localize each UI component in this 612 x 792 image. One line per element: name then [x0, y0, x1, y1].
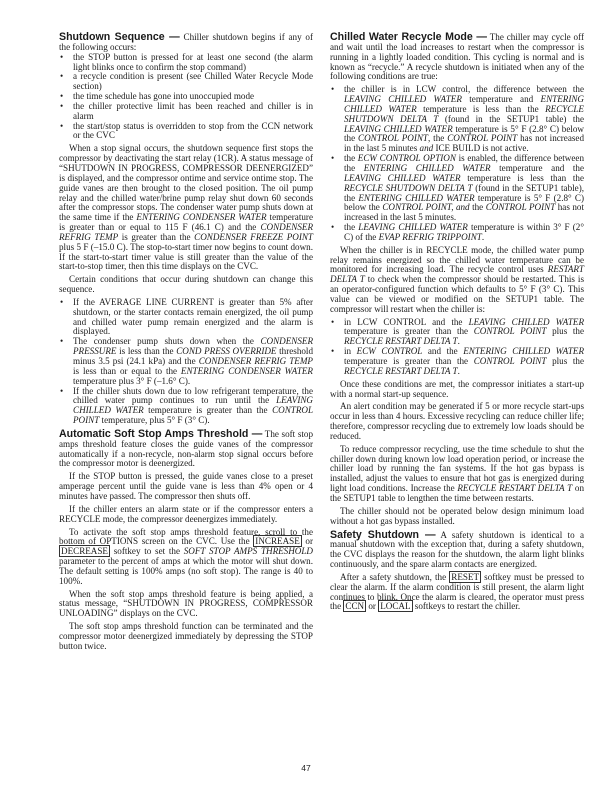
list-item: in ECW CONTROL and the ENTERING CHILLED … [330, 347, 584, 377]
list-item: the chiller is in LCW control, the diffe… [330, 85, 584, 154]
paragraph: The soft stop amps threshold function ca… [59, 622, 313, 652]
left-column: Shutdown Sequence — Chiller shutdown beg… [59, 33, 313, 652]
paragraph: When a stop signal occurs, the shutdown … [59, 144, 313, 272]
recycle-shutdown-conditions: the chiller is in LCW control, the diffe… [330, 85, 584, 243]
list-item: the start/stop status is overridden to s… [59, 122, 313, 142]
safety-shutdown-intro: Safety Shutdown — A safety shutdown is i… [330, 531, 584, 570]
list-item: in LCW CONTROL and the LEAVING CHILLED W… [330, 318, 584, 348]
local-softkey: LOCAL [378, 600, 412, 612]
list-item: If the chiller shuts down due to low ref… [59, 387, 313, 426]
recycle-restart-conditions: in LCW CONTROL and the LEAVING CHILLED W… [330, 318, 584, 377]
paragraph: To reduce compressor recycling, use the … [330, 445, 584, 504]
list-item: the ECW CONTROL OPTION is enabled, the d… [330, 154, 584, 223]
list-item: the LEAVING CHILLED WATER temperature is… [330, 223, 584, 243]
shutdown-conditions-list: If the AVERAGE LINE CURRENT is greater t… [59, 298, 313, 426]
page-number: 47 [0, 763, 612, 773]
paragraph: To activate the soft stop amps threshold… [59, 528, 313, 587]
ccn-softkey: CCN [343, 600, 366, 612]
paragraph: Certain conditions that occur during shu… [59, 275, 313, 295]
paragraph: After a safety shutdown, the RESET softk… [330, 573, 584, 612]
list-item: a recycle condition is present (see Chil… [59, 72, 313, 92]
paragraph: When the soft stop amps threshold featur… [59, 590, 313, 620]
paragraph: If the chiller enters an alarm state or … [59, 505, 313, 525]
list-item: If the AVERAGE LINE CURRENT is greater t… [59, 298, 313, 337]
right-column: Chilled Water Recycle Mode — The chiller… [330, 33, 584, 612]
paragraph: The chiller should not be operated below… [330, 507, 584, 527]
shutdown-sequence-intro: Shutdown Sequence — Chiller shutdown beg… [59, 33, 313, 53]
soft-stop-intro: Automatic Soft Stop Amps Threshold — The… [59, 430, 313, 469]
paragraph: Once these conditions are met, the compr… [330, 380, 584, 400]
shutdown-trigger-list: the STOP button is pressed for at least … [59, 53, 313, 142]
paragraph: When the chiller is in RECYCLE mode, the… [330, 246, 584, 315]
list-item: The condenser pump shuts down when the C… [59, 337, 313, 386]
paragraph: An alert condition may be generated if 5… [330, 402, 584, 441]
recycle-mode-intro: Chilled Water Recycle Mode — The chiller… [330, 33, 584, 82]
list-item: the chiller protective limit has been re… [59, 102, 313, 122]
paragraph: If the STOP button is pressed, the guide… [59, 472, 313, 502]
list-item: the STOP button is pressed for at least … [59, 53, 313, 73]
